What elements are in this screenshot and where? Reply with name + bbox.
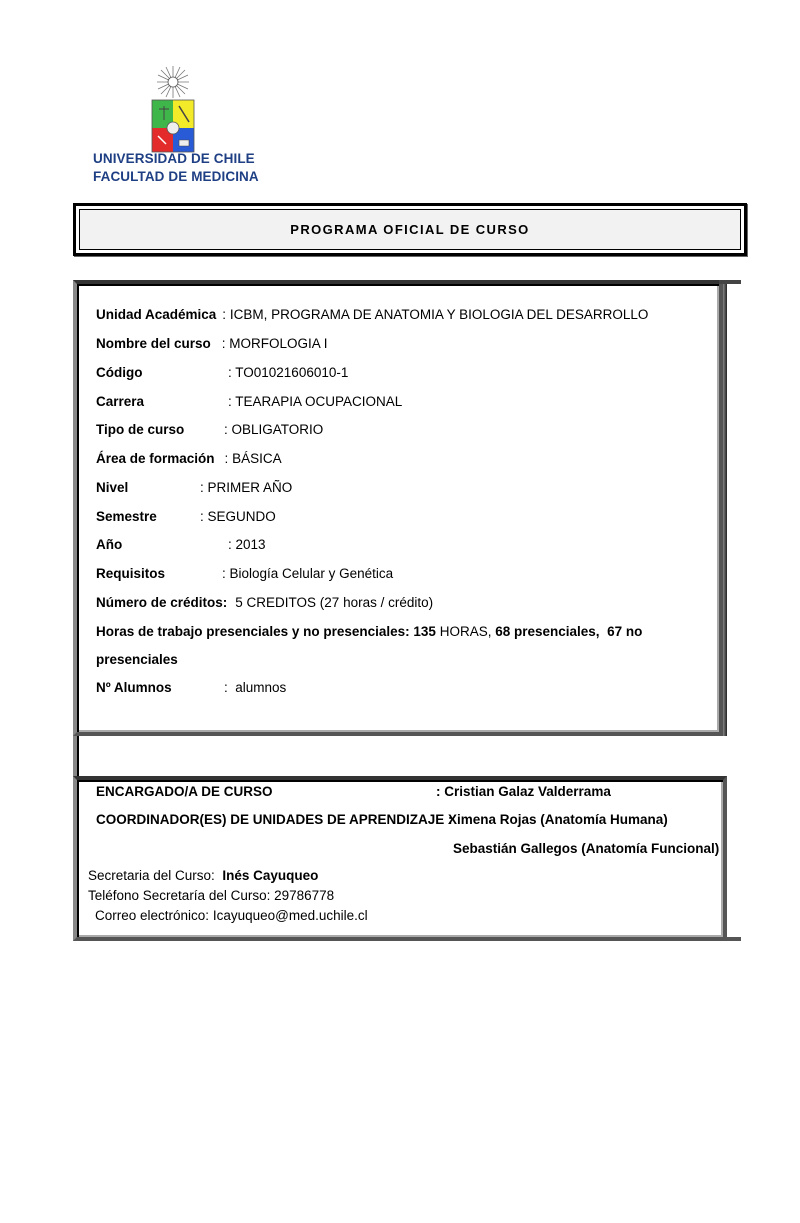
email-link[interactable]: Icayuqueo@med.uchile.cl (213, 908, 368, 923)
field-semestre: Semestre: SEGUNDO (96, 507, 276, 527)
page-title: PROGRAMA OFICIAL DE CURSO (79, 209, 741, 250)
field-nivel: Nivel: PRIMER AÑO (96, 478, 292, 498)
spacer-box (73, 736, 727, 776)
field-requisitos: Requisitos: Biología Celular y Genética (96, 564, 393, 584)
coordinador-label: COORDINADOR(ES) DE UNIDADES DE APRENDIZA… (96, 810, 453, 830)
border-decoration (723, 937, 741, 941)
encargado-label: ENCARGADO/A DE CURSO (96, 782, 273, 802)
faculty-name: FACULTAD DE MEDICINA (93, 168, 259, 186)
field-area-formacion: Área de formación: BÁSICA (96, 449, 282, 469)
field-ano: Año: 2013 (96, 535, 266, 555)
coordinador-2: Sebastián Gallegos (Anatomía Funcional) (453, 839, 719, 859)
border-decoration (723, 284, 727, 738)
field-horas-cont: presenciales (96, 650, 178, 670)
university-name: UNIVERSIDAD DE CHILE (93, 150, 259, 168)
field-nombre-curso: Nombre del curso: MORFOLOGIA I (96, 334, 328, 354)
encargado-value: : Cristian Galaz Valderrama (436, 782, 611, 802)
correo: Correo electrónico: Icayuqueo@med.uchile… (95, 906, 368, 926)
institution-header: UNIVERSIDAD DE CHILE FACULTAD DE MEDICIN… (93, 150, 259, 186)
field-tipo-curso: Tipo de curso: OBLIGATORIO (96, 420, 323, 440)
title-box: PROGRAMA OFICIAL DE CURSO (73, 203, 747, 256)
field-unidad-academica: Unidad Académica: ICBM, PROGRAMA DE ANAT… (96, 305, 648, 325)
field-horas: Horas de trabajo presenciales y no prese… (96, 622, 642, 642)
field-codigo: Código: TO01021606010-1 (96, 363, 348, 383)
telefono: Teléfono Secretaría del Curso: 29786778 (88, 886, 334, 906)
university-crest-icon (151, 64, 195, 160)
field-creditos: Número de créditos:5 CREDITOS (27 horas … (96, 593, 433, 613)
secretaria: Secretaria del Curso: Inés Cayuqueo (88, 866, 318, 886)
field-alumnos: Nº Alumnos: alumnos (96, 678, 286, 698)
coordinador-1: Ximena Rojas (Anatomía Humana) (448, 810, 668, 830)
field-carrera: Carrera: TEARAPIA OCUPACIONAL (96, 392, 402, 412)
